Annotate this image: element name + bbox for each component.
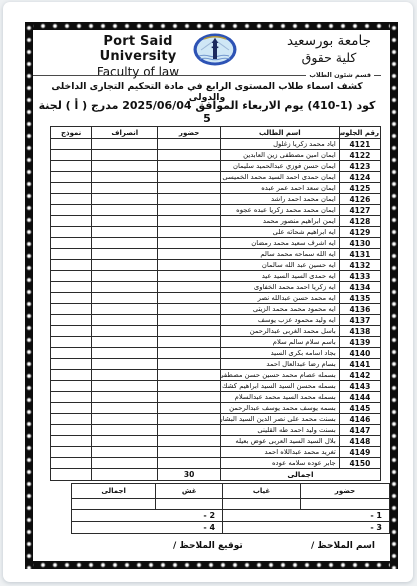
table-row: 4133ايه حمدى السيد السيد عيد (51, 271, 381, 282)
department-rule: قسم شئون الطلاب (33, 71, 381, 79)
total-form-cell (51, 469, 92, 481)
line-item-4: 4 - (72, 522, 223, 534)
form-cell (51, 271, 92, 282)
attendance-cell (158, 139, 221, 150)
form-cell (51, 205, 92, 216)
exam-session-title: كود (1-410) يوم الاربعاء الموافق 2025/06… (33, 99, 381, 125)
attendance-cell (158, 249, 221, 260)
student-name-cell: بسنت وليد احمد طه القلينى (220, 425, 339, 436)
form-cell (51, 381, 92, 392)
seat-number-cell: 4130 (339, 238, 380, 249)
attendance-cell (158, 271, 221, 282)
departure-cell (92, 260, 158, 271)
attendance-cell (158, 447, 221, 458)
form-cell (51, 260, 92, 271)
seat-number-cell: 4145 (339, 403, 380, 414)
table-row: 4146بسنت محمد على نصر الدين السيد البشار (51, 414, 381, 425)
seat-number-cell: 4132 (339, 260, 380, 271)
attendance-cell (158, 205, 221, 216)
table-row: 4150جابر عوده سلامه عوده (51, 458, 381, 469)
student-name-cell: ايمان حسن فوزي عبدالحميد سليمان (220, 161, 339, 172)
student-name-cell: ايه وليد محمود عزب يوسف (220, 315, 339, 326)
departure-cell (92, 447, 158, 458)
seat-number-cell: 4129 (339, 227, 380, 238)
departure-cell (92, 348, 158, 359)
departure-cell (92, 183, 158, 194)
seat-number-cell: 4123 (339, 161, 380, 172)
form-cell (51, 227, 92, 238)
university-name-arabic: جامعة بورسعيد كلية حقوق (281, 33, 377, 65)
attendance-cell (158, 348, 221, 359)
table-row: 4124ايمان حمدى احمد السيد محمد الخميسى (51, 172, 381, 183)
student-name-cell: ايمان محمد محمد زكريا عبده عجوه (220, 205, 339, 216)
summary-cheat-cell (156, 499, 223, 510)
student-name-cell: ايه محمود محمد محمد الزيتى (220, 304, 339, 315)
header-departure: انصراف (92, 127, 158, 139)
chain-border-right (390, 22, 398, 569)
form-cell (51, 458, 92, 469)
form-cell (51, 293, 92, 304)
attendance-cell (158, 326, 221, 337)
header-form: نموذج (51, 127, 92, 139)
student-name-cell: ايمان حمدى احمد السيد محمد الخميسى (220, 172, 339, 183)
departure-cell (92, 392, 158, 403)
form-cell (51, 403, 92, 414)
departure-cell (92, 304, 158, 315)
seat-number-cell: 4124 (339, 172, 380, 183)
header-attendance: حضور (158, 127, 221, 139)
student-name-cell: بسمه يوسف محمد يوسف عبدالرحمن (220, 403, 339, 414)
summary-header-cell: اجمالى (72, 484, 156, 499)
form-cell (51, 139, 92, 150)
seat-number-cell: 4143 (339, 381, 380, 392)
table-row: 4136ايه محمود محمد محمد الزيتى (51, 304, 381, 315)
attendance-cell (158, 392, 221, 403)
attendance-cell (158, 183, 221, 194)
departure-cell (92, 216, 158, 227)
table-row: 4127ايمان محمد محمد زكريا عبده عجوه (51, 205, 381, 216)
department-line (33, 75, 306, 76)
seat-number-cell: 4147 (339, 425, 380, 436)
student-name-cell: بسمله عصام محمد حسين حسن مصطفى (220, 370, 339, 381)
departure-cell (92, 436, 158, 447)
student-name-cell: ايه الله سماحه محمد سالم (220, 249, 339, 260)
attendance-cell (158, 172, 221, 183)
form-cell (51, 249, 92, 260)
student-name-cell: اياد محمد زكريا زغلول (220, 139, 339, 150)
student-name-cell: جابر عوده سلامه عوده (220, 458, 339, 469)
table-row: 4123ايمان حسن فوزي عبدالحميد سليمان (51, 161, 381, 172)
total-row: اجمالى 30 (51, 469, 381, 481)
line-item-1: 1 - (223, 510, 390, 522)
table-row: 4141بسام رضا عبدالعال احمد (51, 359, 381, 370)
seat-number-cell: 4131 (339, 249, 380, 260)
table-row: 4135ايه محمد حسن عبدالله نصر (51, 293, 381, 304)
departure-cell (92, 172, 158, 183)
table-row: 4142بسمله عصام محمد حسين حسن مصطفى (51, 370, 381, 381)
line-item-2: 2 - (72, 510, 223, 522)
form-cell (51, 436, 92, 447)
seat-number-cell: 4121 (339, 139, 380, 150)
form-cell (51, 216, 92, 227)
student-name-cell: بسمله محمد السيد محمد عبدالسلام (220, 392, 339, 403)
seat-number-cell: 4127 (339, 205, 380, 216)
departure-cell (92, 337, 158, 348)
seat-number-cell: 4150 (339, 458, 380, 469)
observer-name-label: اسم الملاحظ / (311, 541, 375, 551)
form-cell (51, 370, 92, 381)
departure-cell (92, 414, 158, 425)
attendance-cell (158, 359, 221, 370)
departure-cell (92, 227, 158, 238)
student-name-cell: بسام رضا عبدالعال احمد (220, 359, 339, 370)
form-cell (51, 348, 92, 359)
table-row: 4144بسمله محمد السيد محمد عبدالسلام (51, 392, 381, 403)
students-tbody: 4121اياد محمد زكريا زغلول4122ايمان امين … (51, 139, 381, 469)
table-row: 4122ايمان امين مصطفى زين العابدين (51, 150, 381, 161)
student-name-cell: باسم سلام سالم سلام (220, 337, 339, 348)
summary-attend-cell (300, 499, 389, 510)
seat-number-cell: 4142 (339, 370, 380, 381)
faculty-title-ar: كلية حقوق (281, 50, 377, 65)
attendance-cell (158, 370, 221, 381)
seat-number-cell: 4128 (339, 216, 380, 227)
university-title-en: Port Said University (71, 34, 205, 64)
form-cell (51, 161, 92, 172)
chain-border-top (25, 22, 398, 30)
student-name-cell: ايه حسين عبد الله سالمان (220, 260, 339, 271)
seat-number-cell: 4144 (339, 392, 380, 403)
departure-cell (92, 315, 158, 326)
seat-number-cell: 4125 (339, 183, 380, 194)
student-name-cell: ايه محمد حسن عبدالله نصر (220, 293, 339, 304)
student-name-cell: ايمان سعد احمد عمر عبده (220, 183, 339, 194)
departure-cell (92, 271, 158, 282)
seat-number-cell: 4146 (339, 414, 380, 425)
seat-number-cell: 4122 (339, 150, 380, 161)
departure-cell (92, 326, 158, 337)
form-cell (51, 150, 92, 161)
seat-number-cell: 4139 (339, 337, 380, 348)
table-row: 4121اياد محمد زكريا زغلول (51, 139, 381, 150)
student-name-cell: ايمان محمد احمد راشد (220, 194, 339, 205)
table-row: 4145بسمه يوسف محمد يوسف عبدالرحمن (51, 403, 381, 414)
attendance-cell (158, 282, 221, 293)
summary-table: حضورغيابغشاجمالى 1 - 2 - 3 - 4 - (71, 483, 390, 534)
table-row: 4128ايمن ابراهيم منصور محمد (51, 216, 381, 227)
attendance-cell (158, 436, 221, 447)
departure-cell (92, 293, 158, 304)
table-row: 4129ايه ابراهيم شحاته على (51, 227, 381, 238)
student-name-cell: بسنت محمد على نصر الدين السيد البشار (220, 414, 339, 425)
table-row: 4126ايمان محمد احمد راشد (51, 194, 381, 205)
form-cell (51, 172, 92, 183)
student-name-cell: ايه حمدى السيد السيد عيد (220, 271, 339, 282)
attendance-cell (158, 403, 221, 414)
departure-cell (92, 282, 158, 293)
form-cell (51, 425, 92, 436)
form-cell (51, 315, 92, 326)
table-row: 4147بسنت وليد احمد طه القلينى (51, 425, 381, 436)
form-cell (51, 414, 92, 425)
form-cell (51, 337, 92, 348)
form-cell (51, 304, 92, 315)
summary-empty-row (72, 499, 390, 510)
attendance-cell (158, 238, 221, 249)
chain-border-left (25, 22, 33, 569)
table-row: 4143بسمله محسن السيد السيد ابراهيم كشك (51, 381, 381, 392)
seat-number-cell: 4135 (339, 293, 380, 304)
departure-cell (92, 249, 158, 260)
departure-cell (92, 370, 158, 381)
attendance-cell (158, 425, 221, 436)
attendance-cell (158, 227, 221, 238)
summary-total-cell (72, 499, 156, 510)
departure-cell (92, 194, 158, 205)
form-cell (51, 282, 92, 293)
student-name-cell: بجاد اسامه بكرى السيد (220, 348, 339, 359)
student-name-cell: ايه زكريا احمد محمد الخفاوى (220, 282, 339, 293)
table-row: 4148بلال السيد السيد العربى عوض بعيله (51, 436, 381, 447)
table-row: 4132ايه حسين عبد الله سالمان (51, 260, 381, 271)
table-row: 4137ايه وليد محمود عزب يوسف (51, 315, 381, 326)
attendance-cell (158, 161, 221, 172)
total-label-cell: اجمالى (220, 469, 380, 481)
document-page: Port Said University Faculty of law جامع… (3, 2, 413, 582)
form-cell (51, 447, 92, 458)
attendance-cell (158, 150, 221, 161)
table-row: 4138باسل محمد الغربى عبدالرحمن (51, 326, 381, 337)
seat-number-cell: 4138 (339, 326, 380, 337)
seat-number-cell: 4126 (339, 194, 380, 205)
departure-cell (92, 458, 158, 469)
student-name-cell: باسل محمد الغربى عبدالرحمن (220, 326, 339, 337)
form-cell (51, 194, 92, 205)
form-cell (51, 238, 92, 249)
table-row: 4139باسم سلام سالم سلام (51, 337, 381, 348)
chain-border-bottom (25, 561, 398, 569)
students-table: رقم الجلوس اسم الطالب حضور انصراف نموذج … (50, 126, 381, 481)
seat-number-cell: 4137 (339, 315, 380, 326)
student-name-cell: ايه اشرف سعيد محمد رمضان (220, 238, 339, 249)
attendance-cell (158, 458, 221, 469)
attendance-cell (158, 293, 221, 304)
table-row: 4131ايه الله سماحه محمد سالم (51, 249, 381, 260)
university-title-ar: جامعة بورسعيد (281, 33, 377, 49)
header-seat-number: رقم الجلوس (339, 127, 380, 139)
departure-cell (92, 139, 158, 150)
summary-absent-cell (223, 499, 301, 510)
header-student-name: اسم الطالب (220, 127, 339, 139)
departure-cell (92, 161, 158, 172)
student-name-cell: تغريد محمد عبداللاه احمد (220, 447, 339, 458)
summary-header-cell: غش (156, 484, 223, 499)
university-logo-lighthouse-icon (192, 32, 238, 67)
attendance-cell (158, 304, 221, 315)
seat-number-cell: 4141 (339, 359, 380, 370)
observer-signature-label: توقيع الملاحظ / (173, 541, 243, 551)
departure-cell (92, 425, 158, 436)
seat-number-cell: 4136 (339, 304, 380, 315)
department-line-short (374, 75, 381, 76)
attendance-cell (158, 260, 221, 271)
attendance-cell (158, 194, 221, 205)
summary-line-row-1: 1 - 2 - (72, 510, 390, 522)
attendance-cell (158, 381, 221, 392)
summary-header-cell: حضور (300, 484, 389, 499)
students-table-header-row: رقم الجلوس اسم الطالب حضور انصراف نموذج (51, 127, 381, 139)
departure-cell (92, 403, 158, 414)
seat-number-cell: 4140 (339, 348, 380, 359)
seat-number-cell: 4149 (339, 447, 380, 458)
departure-cell (92, 381, 158, 392)
attendance-cell (158, 315, 221, 326)
student-name-cell: ايه ابراهيم شحاته على (220, 227, 339, 238)
departure-cell (92, 238, 158, 249)
seat-number-cell: 4134 (339, 282, 380, 293)
total-departure-cell (92, 469, 158, 481)
student-name-cell: ايمان امين مصطفى زين العابدين (220, 150, 339, 161)
table-row: 4125ايمان سعد احمد عمر عبده (51, 183, 381, 194)
table-row: 4130ايه اشرف سعيد محمد رمضان (51, 238, 381, 249)
seat-number-cell: 4133 (339, 271, 380, 282)
table-row: 4140بجاد اسامه بكرى السيد (51, 348, 381, 359)
departure-cell (92, 205, 158, 216)
student-name-cell: بلال السيد السيد العربى عوض بعيله (220, 436, 339, 447)
attendance-cell (158, 414, 221, 425)
line-item-3: 3 - (223, 522, 390, 534)
departure-cell (92, 150, 158, 161)
departure-cell (92, 359, 158, 370)
summary-header-row: حضورغيابغشاجمالى (72, 484, 390, 499)
table-row: 4149تغريد محمد عبداللاه احمد (51, 447, 381, 458)
form-cell (51, 326, 92, 337)
student-name-cell: ايمن ابراهيم منصور محمد (220, 216, 339, 227)
form-cell (51, 183, 92, 194)
attendance-cell (158, 337, 221, 348)
form-cell (51, 359, 92, 370)
student-name-cell: بسمله محسن السيد السيد ابراهيم كشك (220, 381, 339, 392)
summary-header-cell: غياب (223, 484, 301, 499)
table-row: 4134ايه زكريا احمد محمد الخفاوى (51, 282, 381, 293)
attendance-cell (158, 216, 221, 227)
seat-number-cell: 4148 (339, 436, 380, 447)
total-attendance-cell: 30 (158, 469, 221, 481)
summary-line-row-2: 3 - 4 - (72, 522, 390, 534)
form-cell (51, 392, 92, 403)
department-label: قسم شئون الطلاب (306, 71, 374, 79)
